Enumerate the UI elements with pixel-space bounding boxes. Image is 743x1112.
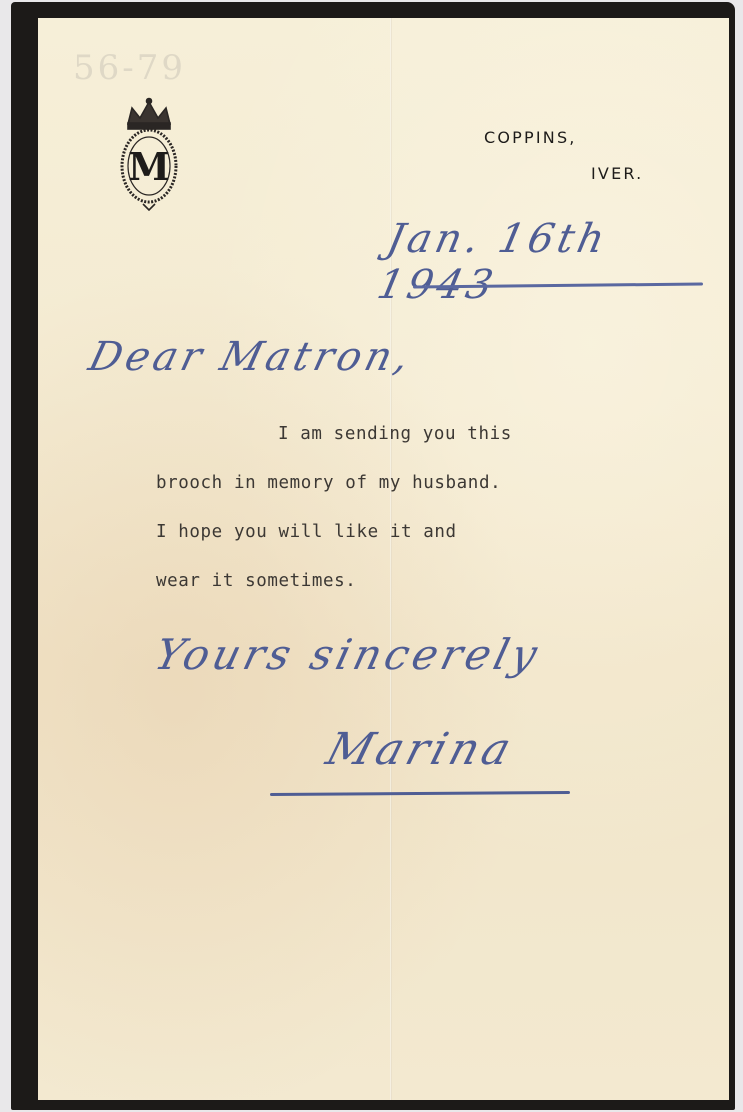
closing: Yours sincerely	[150, 630, 546, 679]
letterhead-address-line2: IVER.	[591, 164, 643, 183]
crowned-monogram-crest-icon: M	[118, 96, 180, 211]
letter-black-border: 56-79 M COPPINS, IVER. Jan. 16th 1943 De…	[11, 2, 735, 1110]
letterhead-address-line1: COPPINS,	[484, 128, 577, 147]
letter-paper: 56-79 M COPPINS, IVER. Jan. 16th 1943 De…	[38, 18, 729, 1100]
signature: Marina	[321, 724, 521, 775]
svg-text:M: M	[128, 144, 170, 189]
body-line-4: wear it sometimes.	[156, 571, 356, 591]
body-line-3: I hope you will like it and	[156, 522, 457, 542]
body-line-2: brooch in memory of my husband.	[156, 473, 501, 493]
signature-underline	[270, 791, 570, 796]
fold-crease	[390, 18, 392, 1100]
pencil-archive-mark: 56-79	[73, 48, 186, 88]
salutation: Dear Matron,	[84, 334, 417, 380]
handwritten-date: Jan. 16th 1943	[373, 216, 729, 308]
body-line-1: I am sending you this	[278, 424, 512, 444]
